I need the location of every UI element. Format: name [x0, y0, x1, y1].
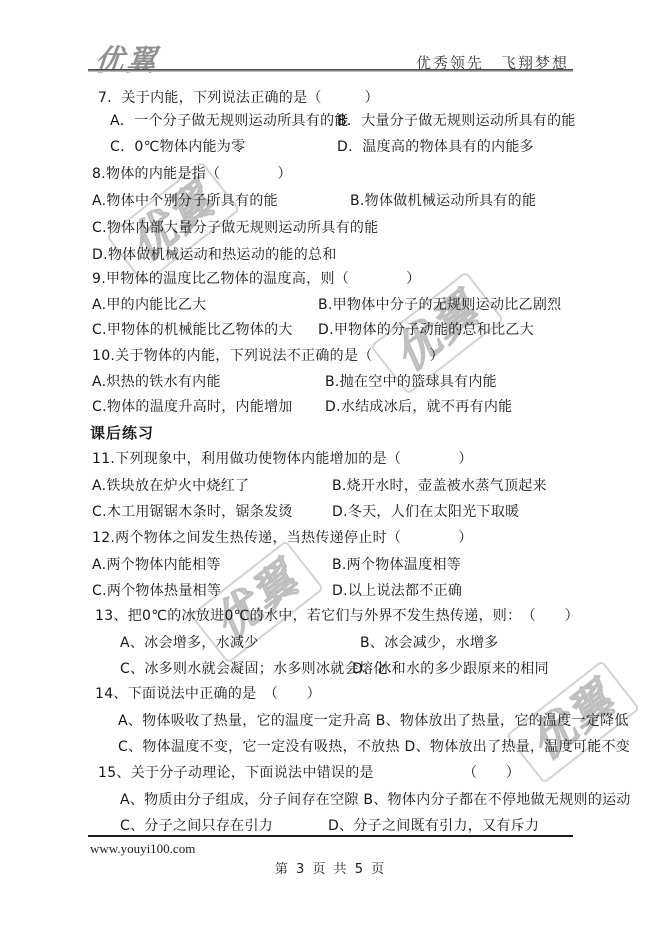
q8-option-a: A.物体中个别分子所具有的能: [92, 193, 278, 211]
q9-option-d: D.甲物体的分子动能的总和比乙大: [318, 322, 534, 340]
q8-option-b: B.物体做机械运动所具有的能: [350, 193, 536, 211]
section-heading: 课后练习: [90, 424, 154, 443]
q13-option-a: A、冰会增多，水减少: [120, 635, 259, 653]
header-divider: [88, 69, 573, 72]
q13-option-b: B、冰会减少，水增多: [360, 635, 499, 653]
watermark-logo-text: 优翼: [207, 556, 307, 647]
q10-option-a: A.炽热的铁水有内能: [92, 374, 221, 392]
q15-option-d: D、分子之间既有引力，又有斥力: [328, 818, 539, 836]
q12-stem: 12.两个物体之间发生热传递，当热传递停止时（ ）: [92, 530, 473, 548]
q12-option-a: A.两个物体内能相等: [92, 557, 221, 575]
footer-divider: [88, 835, 573, 837]
q7-option-a: A．一个分子做无规则运动所具有的能: [110, 113, 349, 131]
q7-option-c: C．0℃物体内能为零: [110, 139, 245, 157]
q9-option-b: B.甲物体中分子的无规则运动比乙剧烈: [318, 297, 561, 315]
q11-stem: 11.下列现象中，利用做功使物体内能增加的是（ ）: [92, 451, 473, 469]
q14-stem: 14、下面说法中正确的是 （ ）: [95, 686, 321, 704]
q9-option-c: C.甲物体的机械能比乙物体的大: [92, 322, 293, 340]
q13-stem: 13、把0℃的冰放进0℃的水中，若它们与外界不发生热传递，则： （ ）: [95, 608, 579, 626]
q7-option-b: B．大量分子做无规则运动所具有的能: [337, 113, 576, 131]
q10-option-d: D.水结成冰后，就不再有内能: [325, 399, 512, 417]
q11-option-d: D.冬天，人们在太阳光下取暖: [332, 504, 519, 522]
q8-option-d: D.物体做机械运动和热运动的能的总和: [92, 247, 337, 265]
q8-stem: 8.物体的内能是指（ ）: [92, 166, 292, 184]
q10-option-b: B.抛在空中的篮球具有内能: [325, 374, 497, 392]
q10-option-c: C.物体的温度升高时，内能增加: [92, 399, 293, 417]
q15-stem: 15、关于分子动理论，下面说法中错误的是: [98, 765, 374, 783]
q11-option-a: A.铁块放在炉火中烧红了: [92, 478, 249, 496]
q12-option-d: D.以上说法都不正确: [332, 583, 462, 601]
q11-option-c: C.木工用锯锯木条时，锯条发烫: [92, 504, 293, 522]
q13-option-c: C、冰多则水就会凝固；水多则冰就会熔化: [120, 661, 387, 679]
q12-option-b: B.两个物体温度相等: [332, 557, 461, 575]
q9-stem: 9.甲物体的温度比乙物体的温度高，则（ ）: [92, 271, 421, 289]
q7-stem: 7．关于内能，下列说法正确的是（ ）: [98, 90, 379, 108]
q15-answer-bracket: （ ）: [463, 765, 520, 783]
q14-options-ab: A、物体吸收了热量，它的温度一定升高 B、物体放出了热量，它的温度一定降低: [118, 713, 629, 731]
q12-option-c: C.两个物体热量相等: [92, 583, 221, 601]
q15-option-c: C、分子之间只存在引力: [120, 818, 273, 836]
q11-option-b: B.烧开水时，壶盖被水蒸气顶起来: [332, 478, 547, 496]
q9-option-a: A.甲的内能比乙大: [92, 297, 206, 315]
footer-url: www.youyi100.com: [90, 841, 195, 857]
q10-stem: 10.关于物体的内能，下列说法不正确的是（ ）: [92, 348, 444, 366]
q14-options-cd: C、物体温度不变，它一定没有吸热，不放热 D、物体放出了热量，温度可能不变: [118, 739, 630, 757]
worksheet-page: 优翼 优翼 优翼 优翼 优翼 优秀领先 飞翔梦想 7．关于内能，下列说法正确的是…: [0, 0, 661, 935]
q15-options-ab: A、物质由分子组成，分子间存在空隙 B、物体内分子都在不停地做无规则的运动: [120, 792, 631, 810]
brand-logo: 优翼: [93, 38, 161, 79]
q13-option-d: D、冰和水的多少跟原来的相同: [352, 661, 549, 679]
q7-option-d: D．温度高的物体具有的内能多: [337, 139, 534, 157]
q8-option-c: C.物体内部大量分子做无规则运动所具有的能: [92, 220, 379, 238]
footer-page-number: 第 3 页 共 5 页: [88, 858, 573, 877]
